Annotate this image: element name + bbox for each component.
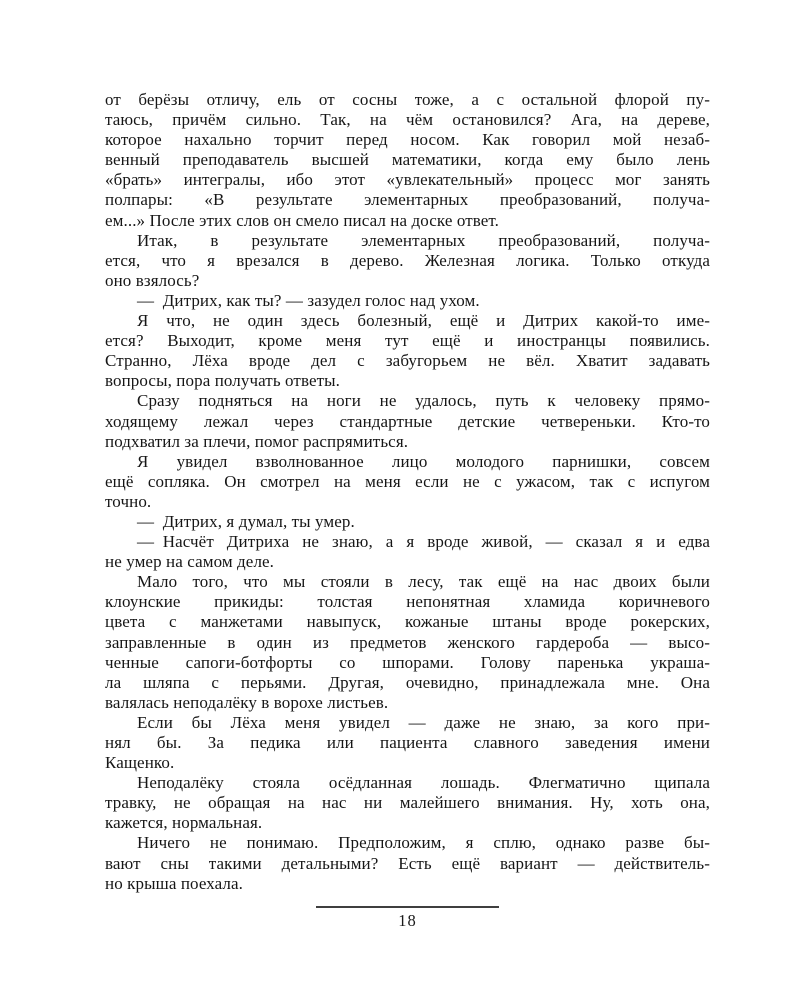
text-line: кажется, нормальная. bbox=[105, 813, 710, 833]
book-page: от берёзы отличу, ель от сосны тоже, а с… bbox=[0, 0, 800, 1000]
text-line: точно. bbox=[105, 492, 710, 512]
text-line: нял бы. За педика или пациента славного … bbox=[105, 733, 710, 753]
text-line: ем...» После этих слов он смело писал на… bbox=[105, 211, 710, 231]
text-line: оно взялось? bbox=[105, 271, 710, 291]
text-line: Мало того, что мы стояли в лесу, так ещё… bbox=[105, 572, 710, 592]
text-line: ходящему лежал через стандартные детские… bbox=[105, 412, 710, 432]
text-line: заправленные в один из предметов женског… bbox=[105, 633, 710, 653]
text-line: Странно, Лёха вроде дел с забугорьем не … bbox=[105, 351, 710, 371]
text-line: Сразу подняться на ноги не удалось, путь… bbox=[105, 391, 710, 411]
text-line: Итак, в результате элементарных преобраз… bbox=[105, 231, 710, 251]
text-line: которое нахально торчит перед носом. Как… bbox=[105, 130, 710, 150]
page-number: 18 bbox=[105, 911, 710, 931]
text-line: ла шляпа с перьями. Другая, очевидно, пр… bbox=[105, 673, 710, 693]
text-line: ченные сапоги-ботфорты со шпорами. Голов… bbox=[105, 653, 710, 673]
text-line: Ничего не понимаю. Предположим, я сплю, … bbox=[105, 833, 710, 853]
text-line: клоунские прикиды: толстая непонятная хл… bbox=[105, 592, 710, 612]
page-text: от берёзы отличу, ель от сосны тоже, а с… bbox=[105, 90, 710, 894]
text-line: «брать» интегралы, ибо этот «увлекательн… bbox=[105, 170, 710, 190]
footer-rule bbox=[316, 906, 499, 908]
text-line: цвета с манжетами навыпуск, кожаные штан… bbox=[105, 612, 710, 632]
text-line: но крыша поехала. bbox=[105, 874, 710, 894]
text-line: — Дитрих, я думал, ты умер. bbox=[105, 512, 710, 532]
text-line: Неподалёку стояла осёдланная лошадь. Фле… bbox=[105, 773, 710, 793]
text-line: вопросы, пора получать ответы. bbox=[105, 371, 710, 391]
text-line: валялась неподалёку в ворохе листьев. bbox=[105, 693, 710, 713]
text-line: венный преподаватель высшей математики, … bbox=[105, 150, 710, 170]
text-line: Если бы Лёха меня увидел — даже не знаю,… bbox=[105, 713, 710, 733]
text-line: таюсь, причём сильно. Так, на чём остано… bbox=[105, 110, 710, 130]
text-line: вают сны такими детальными? Есть ещё вар… bbox=[105, 854, 710, 874]
text-line: — Дитрих, как ты? — зазудел голос над ух… bbox=[105, 291, 710, 311]
text-line: полпары: «В результате элементарных прео… bbox=[105, 190, 710, 210]
text-line: Кащенко. bbox=[105, 753, 710, 773]
text-line: — Насчёт Дитриха не знаю, а я вроде живо… bbox=[105, 532, 710, 552]
page-footer: 18 bbox=[105, 906, 710, 931]
text-line: ется? Выходит, кроме меня тут ещё и инос… bbox=[105, 331, 710, 351]
text-line: не умер на самом деле. bbox=[105, 552, 710, 572]
text-line: травку, не обращая на нас ни малейшего в… bbox=[105, 793, 710, 813]
text-line: Я что, не один здесь болезный, ещё и Дит… bbox=[105, 311, 710, 331]
text-line: от берёзы отличу, ель от сосны тоже, а с… bbox=[105, 90, 710, 110]
text-line: Я увидел взволнованное лицо молодого пар… bbox=[105, 452, 710, 472]
text-line: ется, что я врезался в дерево. Железная … bbox=[105, 251, 710, 271]
text-line: подхватил за плечи, помог распрямиться. bbox=[105, 432, 710, 452]
text-line: ещё сопляка. Он смотрел на меня если не … bbox=[105, 472, 710, 492]
